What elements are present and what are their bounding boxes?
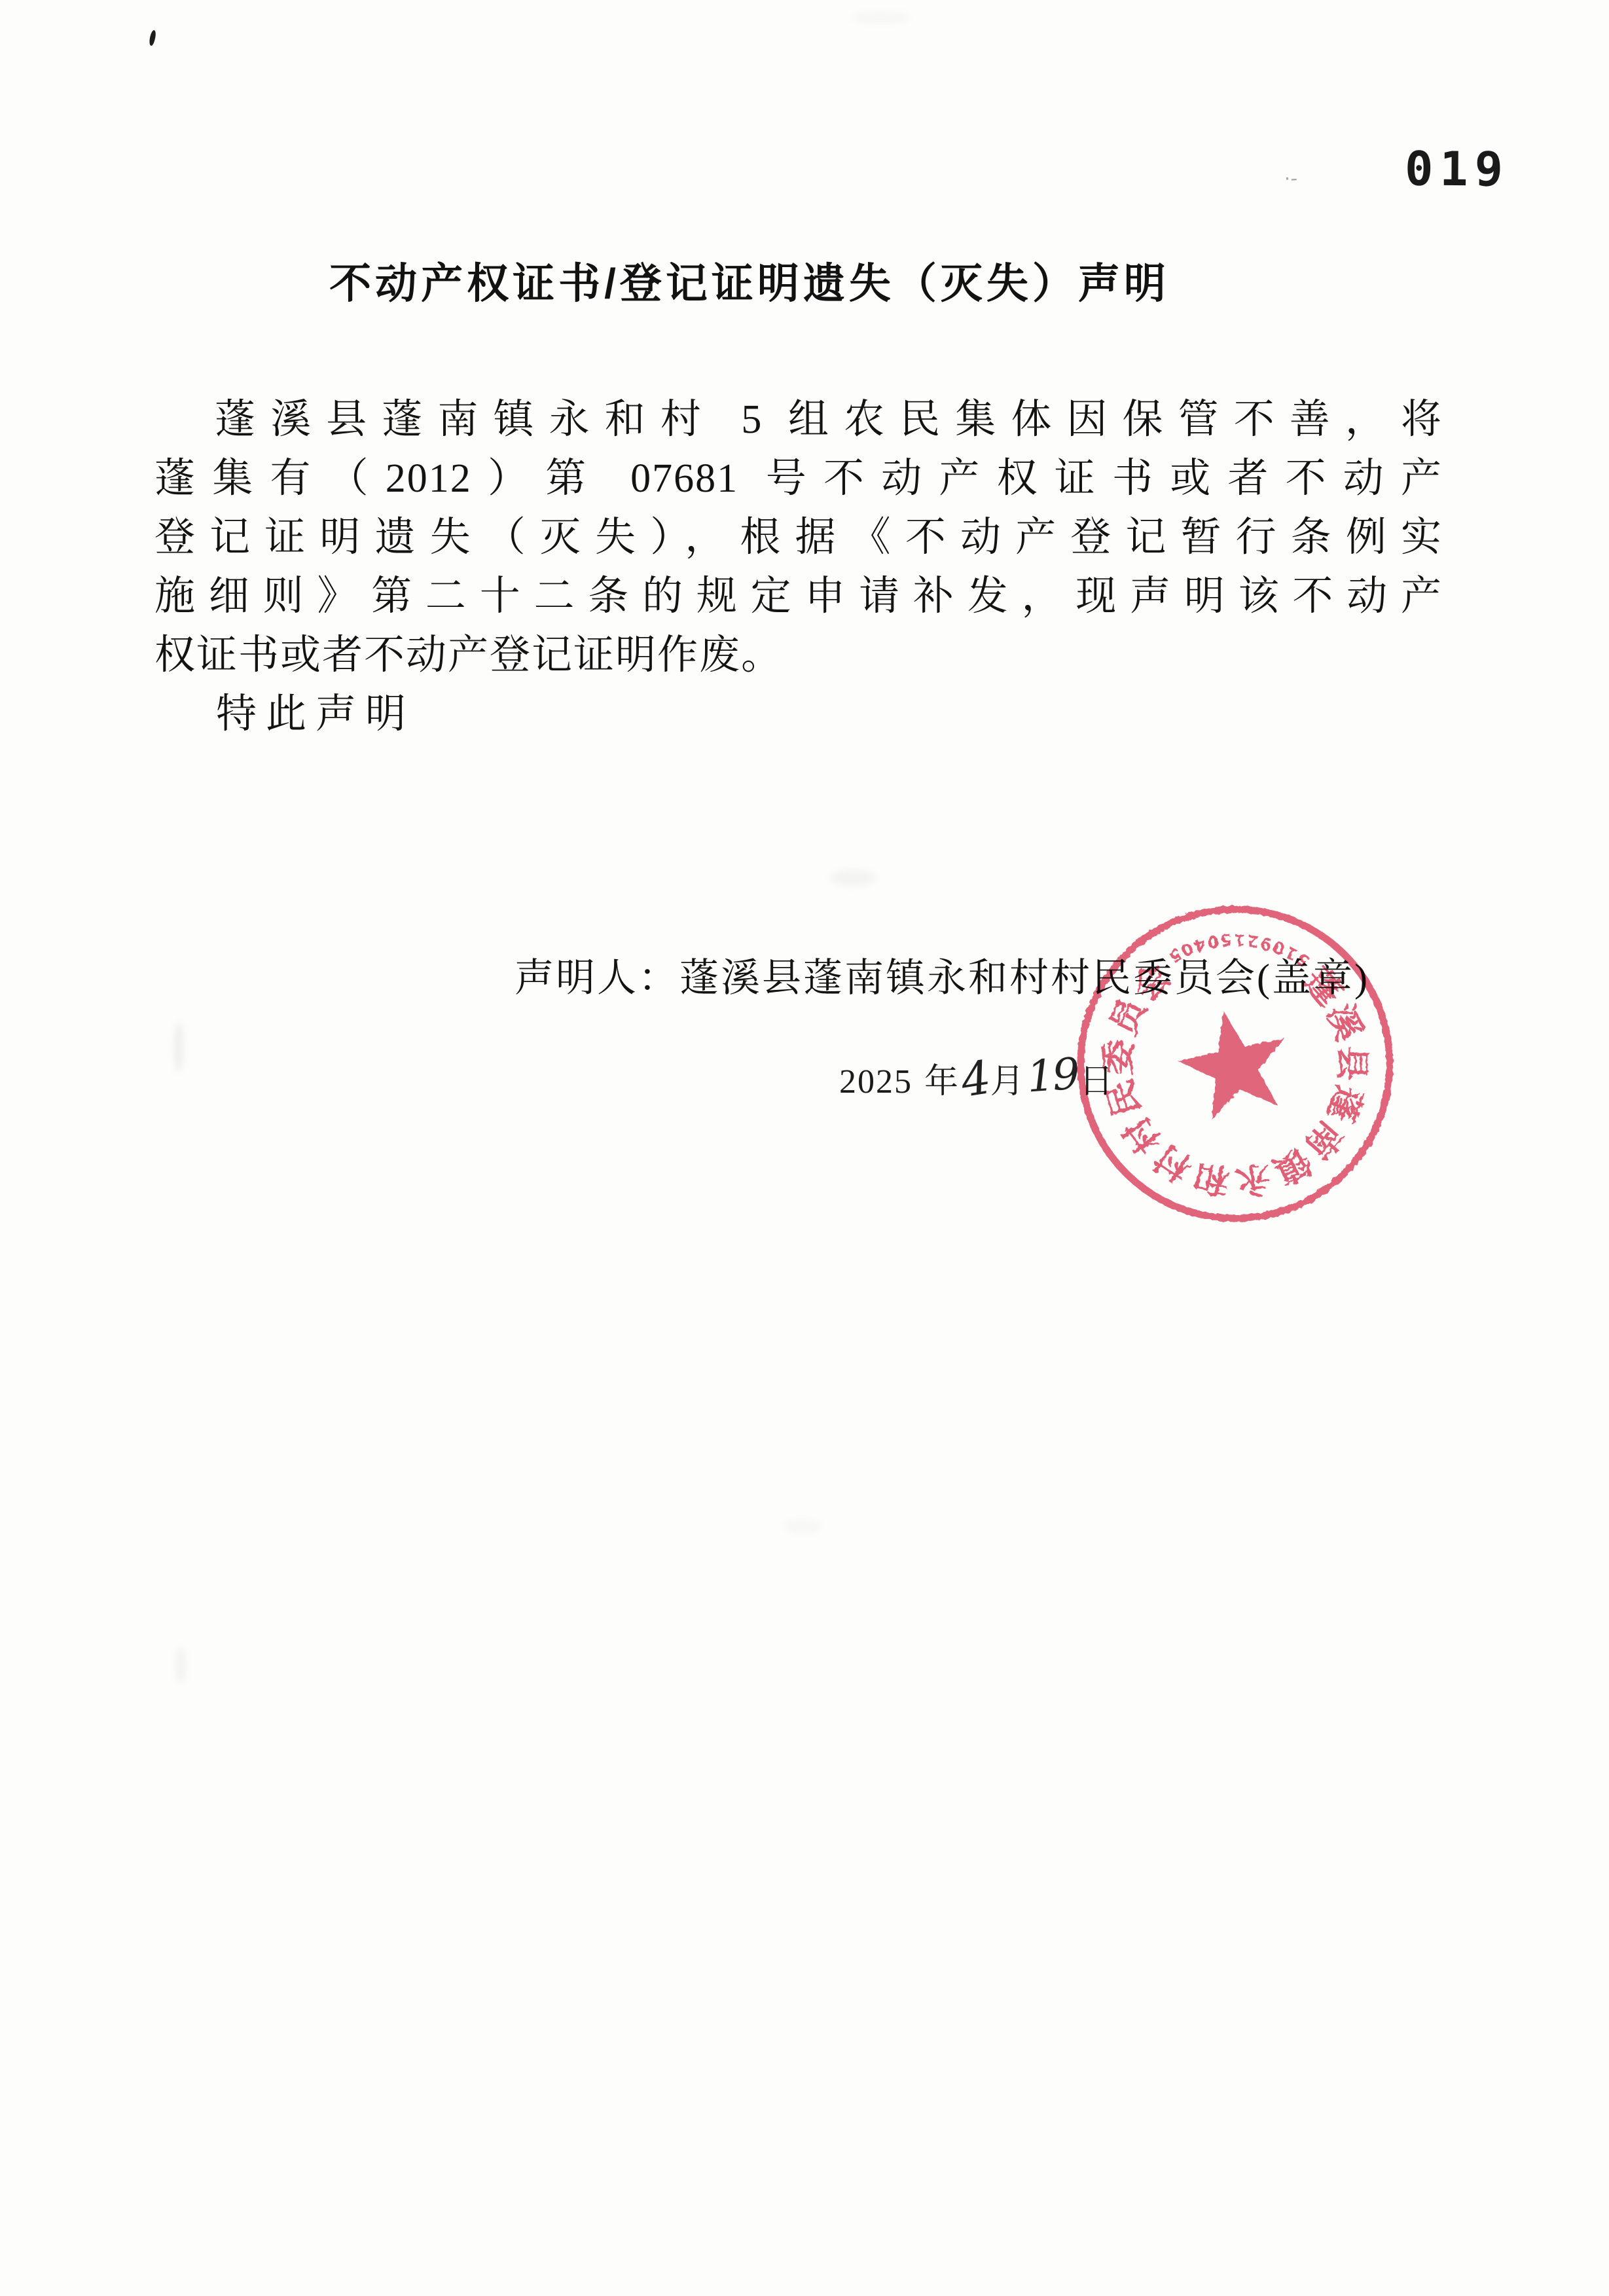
- date-year-unit: 年: [924, 1063, 960, 1101]
- scan-smudge: [175, 1647, 186, 1683]
- body-line-1: 蓬溪县蓬南镇永和村 5 组农民集体因保管不善，将: [154, 390, 1443, 449]
- document-title-text: 不动产权证书/登记证明遗失（灭失）声明: [329, 260, 1170, 307]
- scan-smudge: [830, 869, 876, 886]
- body-line-6: 特此声明: [154, 685, 1443, 744]
- date-month-unit: 月: [990, 1063, 1026, 1101]
- date-month-handwritten: 4: [957, 1050, 996, 1108]
- document-title: 不动产权证书/登记证明遗失（灭失）声明: [0, 250, 1609, 310]
- body-line-4: 施细则》第二十二条的规定申请补发，现声明该不动产: [154, 567, 1443, 626]
- scan-smudge: [783, 1519, 822, 1533]
- declaration-paragraph: 蓬溪县蓬南镇永和村 5 组农民集体因保管不善，将 蓬集有（2012）第 0768…: [154, 390, 1443, 744]
- document-page: 019 ·- 不动产权证书/登记证明遗失（灭失）声明 蓬溪县蓬南镇永和村 5 组…: [0, 0, 1609, 2296]
- page-number-smudge: ·-: [1284, 174, 1313, 187]
- scan-smudge: [851, 12, 910, 24]
- page-number-stamp: 019: [1405, 141, 1510, 196]
- ink-tick-mark: [148, 29, 157, 46]
- body-line-2: 蓬集有（2012）第 07681 号不动产权证书或者不动产: [154, 449, 1443, 508]
- date-year: 2025: [839, 1063, 913, 1101]
- official-seal: 蓬溪县蓬南镇永和村村民委员会 5109215040566: [1072, 900, 1399, 1228]
- body-line-5: 权证书或者不动产登记证明作废。: [154, 626, 1443, 685]
- scan-smudge: [174, 1021, 183, 1072]
- seal-star-icon: [1170, 1000, 1299, 1125]
- body-line-3: 登记证明遗失（灭失），根据《不动产登记暂行条例实: [154, 508, 1443, 567]
